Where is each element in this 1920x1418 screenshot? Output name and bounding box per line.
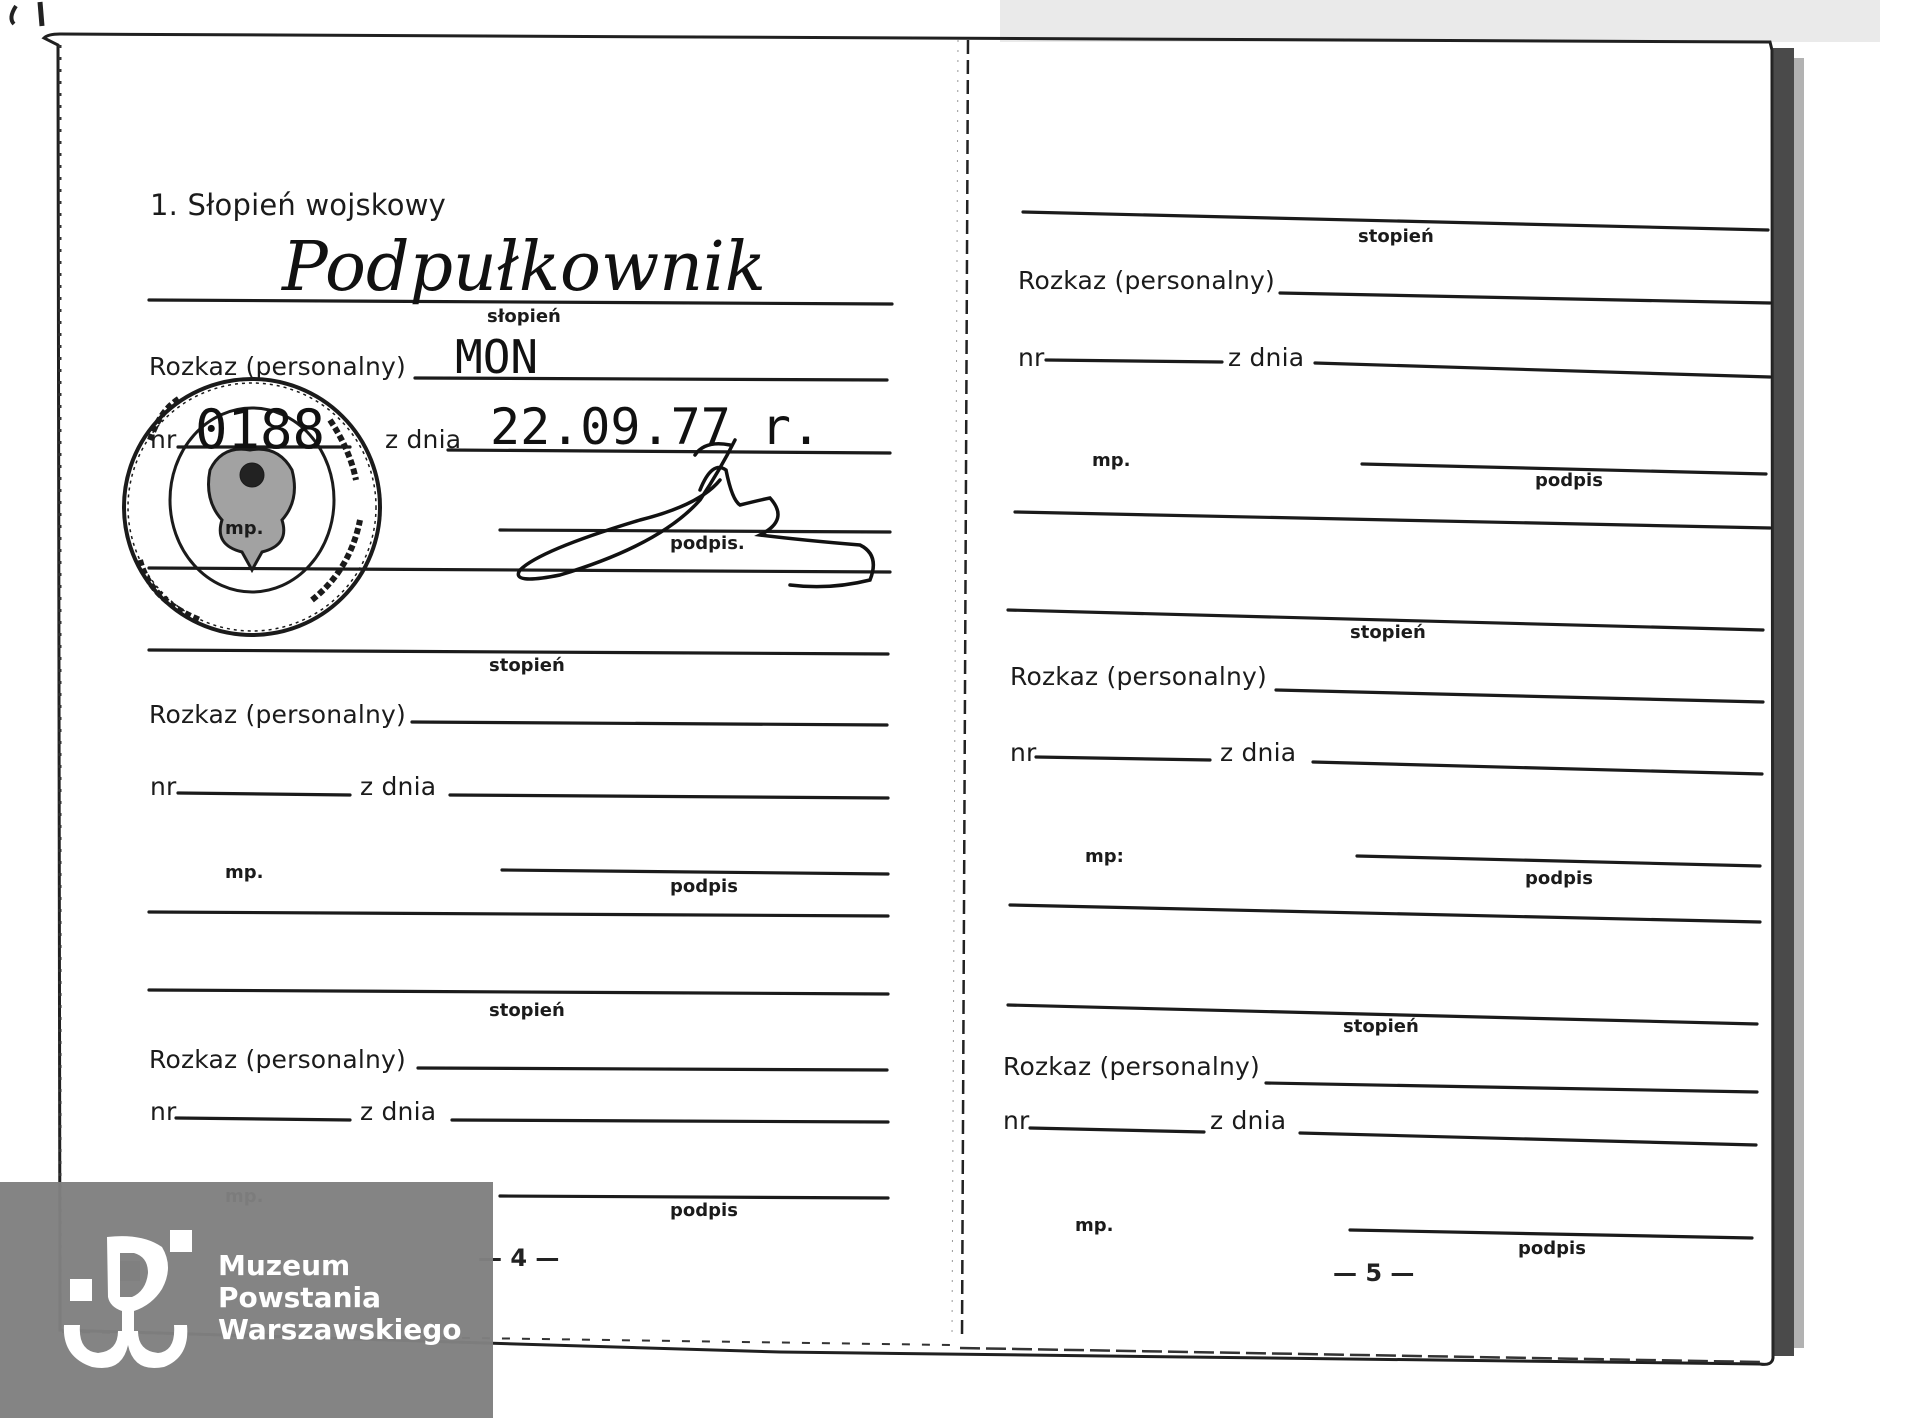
- date-label: z dnia: [360, 1097, 436, 1126]
- date-label: z dnia: [360, 772, 436, 801]
- stamp-label: mp:: [1085, 846, 1124, 867]
- rank-label: słopień: [487, 306, 561, 327]
- order-label: Rozkaz (personalny): [149, 1045, 406, 1074]
- order-label: Rozkaz (personalny): [1003, 1052, 1260, 1081]
- order-label: Rozkaz (personalny): [1018, 266, 1275, 295]
- signature-label: podpis: [1525, 868, 1593, 889]
- signature-label: podpis: [1535, 470, 1603, 491]
- page-number-right: — 5 —: [1333, 1259, 1414, 1287]
- signature-label: podpis: [670, 876, 738, 897]
- museum-name-line3: Warszawskiego: [218, 1314, 461, 1346]
- date-label: z dnia: [1210, 1106, 1286, 1135]
- order-label: Rozkaz (personalny): [1010, 662, 1267, 691]
- handwritten-rank: Podpułkownik: [282, 228, 766, 307]
- rank-label: stopień: [1343, 1016, 1419, 1037]
- stamp-label: mp.: [225, 862, 263, 883]
- signature-label: podpis.: [670, 533, 745, 554]
- museum-name: Muzeum Powstania Warszawskiego: [218, 1250, 461, 1346]
- section-title: 1. Słopień wojskowy: [150, 188, 446, 222]
- kotwica-anchor-logo-icon: [62, 1227, 202, 1377]
- stamp-label: mp.: [1075, 1215, 1113, 1236]
- nr-label: nr: [1010, 738, 1037, 767]
- nr-label: nr: [150, 1097, 177, 1126]
- nr-label: nr: [150, 772, 177, 801]
- order-label: Rozkaz (personalny): [149, 352, 406, 381]
- nr-label: nr: [1018, 343, 1045, 372]
- signature-label: podpis: [670, 1200, 738, 1221]
- date-label: z dnia: [385, 425, 461, 454]
- museum-name-line2: Powstania: [218, 1282, 461, 1314]
- nr-label: nr: [1003, 1106, 1030, 1135]
- museum-watermark: Muzeum Powstania Warszawskiego: [0, 1182, 493, 1418]
- signature-label: podpis: [1518, 1238, 1586, 1259]
- rank-label: stopień: [1350, 622, 1426, 643]
- rank-label: stopień: [1358, 226, 1434, 247]
- stamp-label: mp.: [225, 518, 263, 539]
- handwritten-nr: 0188: [195, 398, 325, 461]
- stamp-label: mp.: [1092, 450, 1130, 471]
- rank-label: stopień: [489, 1000, 565, 1021]
- nr-label: nr: [150, 425, 177, 454]
- handwritten-order: MON: [455, 330, 538, 384]
- date-label: z dnia: [1220, 738, 1296, 767]
- order-label: Rozkaz (personalny): [149, 700, 406, 729]
- museum-name-line1: Muzeum: [218, 1250, 461, 1282]
- signature-scribble: [518, 440, 873, 587]
- handwritten-date: 22.09.77 r.: [490, 398, 821, 456]
- date-label: z dnia: [1228, 343, 1304, 372]
- rank-label: stopień: [489, 655, 565, 676]
